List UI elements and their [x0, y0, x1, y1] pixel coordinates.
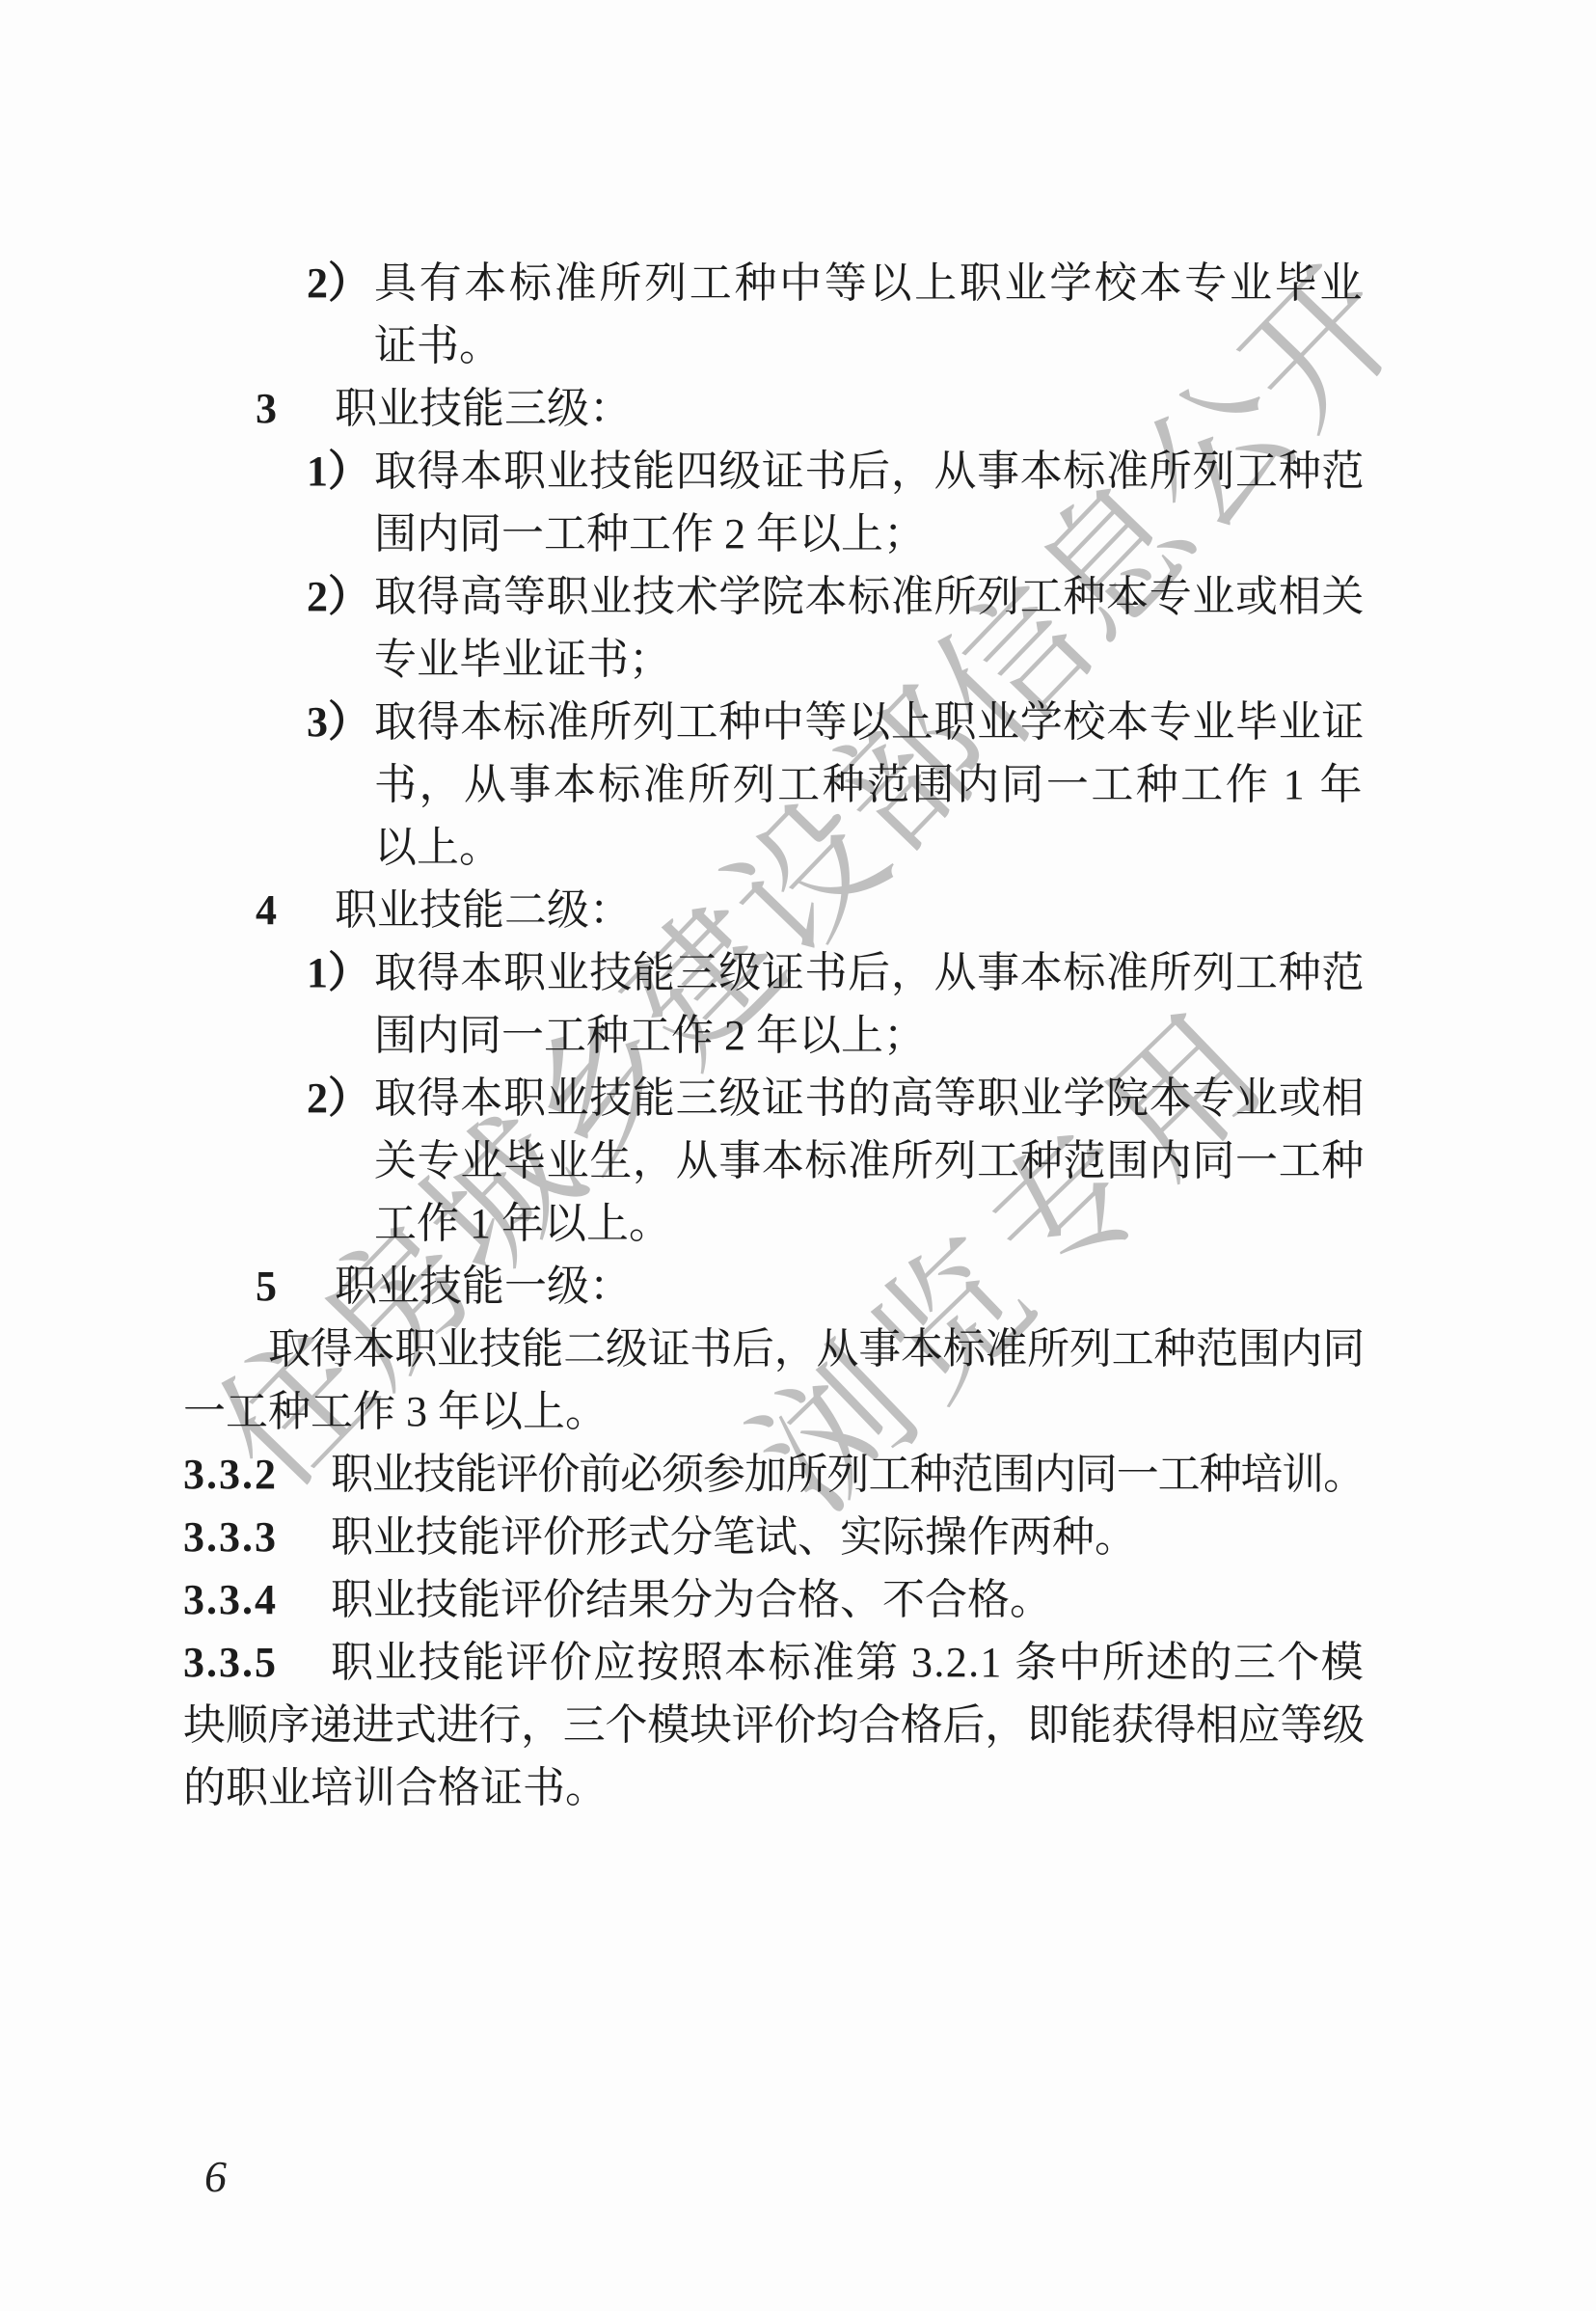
text-line: 书，从事本标准所列工种范围内同一工种工作 1 年 — [374, 753, 1365, 816]
text-line: 的职业培训合格证书。 — [183, 1756, 608, 1819]
text-line: 块顺序递进式进行，三个模块评价均合格后，即能获得相应等级 — [183, 1694, 1365, 1756]
document-page: 住房城乡建设部信息公开 浏览专用 2）具有本标准所列工种中等以上职业学校本专业毕… — [0, 0, 1596, 2311]
text-block: 2）具有本标准所列工种中等以上职业学校本专业毕业证书。3职业技能三级：1）取得本… — [0, 0, 1596, 2311]
line-text: 关专业毕业生，从事本标准所列工种范围内同一工种 — [374, 1137, 1365, 1184]
line-number: 3.3.4 — [183, 1568, 331, 1631]
text-line: 3.3.3职业技能评价形式分笔试、实际操作两种。 — [183, 1506, 1137, 1568]
line-text: 一工种工作 3 年以上。 — [183, 1388, 608, 1435]
line-text: 职业技能评价结果分为合格、不合格。 — [331, 1576, 1052, 1623]
line-number: 1） — [307, 949, 370, 996]
text-line: 工作 1 年以上。 — [374, 1192, 671, 1255]
line-text: 职业技能评价形式分笔试、实际操作两种。 — [331, 1513, 1137, 1561]
text-line: 围内同一工种工作 2 年以上； — [374, 1004, 926, 1067]
line-text: 书，从事本标准所列工种范围内同一工种工作 1 年 — [374, 761, 1365, 808]
text-line: 关专业毕业生，从事本标准所列工种范围内同一工种 — [374, 1129, 1365, 1192]
text-line: 专业毕业证书； — [374, 628, 671, 691]
text-line: 5职业技能一级： — [256, 1255, 632, 1318]
line-text: 取得本职业技能三级证书的高等职业学院本专业或相 — [374, 1074, 1365, 1122]
text-line: 2）具有本标准所列工种中等以上职业学校本专业毕业 — [307, 252, 1365, 314]
text-line: 2）取得本职业技能三级证书的高等职业学院本专业或相 — [307, 1067, 1365, 1129]
line-text: 取得本职业技能四级证书后，从事本标准所列工种范 — [374, 448, 1365, 495]
line-number: 3.3.2 — [183, 1443, 331, 1506]
line-text: 具有本标准所列工种中等以上职业学校本专业毕业 — [374, 259, 1365, 307]
line-number: 2） — [307, 1074, 370, 1122]
line-number: 3） — [307, 698, 370, 746]
text-line: 3.3.2职业技能评价前必须参加所列工种范围内同一工种培训。 — [183, 1443, 1365, 1506]
line-number: 2） — [307, 259, 370, 307]
line-number: 2） — [307, 573, 370, 620]
line-text: 职业技能评价应按照本标准第 3.2.1 条中所述的三个模 — [331, 1639, 1365, 1686]
line-number: 3.3.3 — [183, 1506, 331, 1568]
line-text: 工作 1 年以上。 — [374, 1200, 671, 1247]
page-number: 6 — [204, 2153, 227, 2201]
line-text: 以上。 — [374, 824, 501, 871]
line-number: 3.3.5 — [183, 1631, 331, 1694]
line-number: 4 — [256, 886, 277, 934]
line-number: 5 — [256, 1263, 277, 1310]
text-line: 1）取得本职业技能三级证书后，从事本标准所列工种范 — [307, 941, 1365, 1004]
text-line: 1）取得本职业技能四级证书后，从事本标准所列工种范 — [307, 440, 1365, 503]
line-text: 取得本职业技能三级证书后，从事本标准所列工种范 — [374, 949, 1365, 996]
text-line: 以上。 — [374, 816, 501, 879]
line-number: 1） — [307, 448, 370, 495]
line-text: 围内同一工种工作 2 年以上； — [374, 510, 926, 557]
line-text: 块顺序递进式进行，三个模块评价均合格后，即能获得相应等级 — [183, 1701, 1365, 1749]
line-text: 围内同一工种工作 2 年以上； — [374, 1012, 926, 1059]
text-line: 3.3.5职业技能评价应按照本标准第 3.2.1 条中所述的三个模 — [183, 1631, 1365, 1694]
line-text: 职业技能三级： — [335, 385, 632, 432]
line-text: 的职业培训合格证书。 — [183, 1764, 608, 1811]
text-line: 一工种工作 3 年以上。 — [183, 1380, 608, 1443]
text-line: 3）取得本标准所列工种中等以上职业学校本专业毕业证 — [307, 691, 1365, 753]
line-number: 3 — [256, 385, 277, 432]
line-text: 证书。 — [374, 322, 501, 369]
line-text: 职业技能二级： — [335, 886, 632, 934]
line-text: 专业毕业证书； — [374, 636, 671, 683]
text-line: 取得本职业技能二级证书后，从事本标准所列工种范围内同 — [268, 1318, 1365, 1380]
text-line: 3职业技能三级： — [256, 377, 632, 440]
text-line: 3.3.4职业技能评价结果分为合格、不合格。 — [183, 1568, 1052, 1631]
line-text: 取得高等职业技术学院本标准所列工种本专业或相关 — [374, 573, 1365, 620]
text-line: 围内同一工种工作 2 年以上； — [374, 503, 926, 565]
line-text: 取得本标准所列工种中等以上职业学校本专业毕业证 — [374, 698, 1365, 746]
text-line: 证书。 — [374, 314, 501, 377]
text-line: 2）取得高等职业技术学院本标准所列工种本专业或相关 — [307, 565, 1365, 628]
line-text: 取得本职业技能二级证书后，从事本标准所列工种范围内同 — [268, 1325, 1365, 1373]
line-text: 职业技能一级： — [335, 1263, 632, 1310]
text-line: 4职业技能二级： — [256, 879, 632, 941]
line-text: 职业技能评价前必须参加所列工种范围内同一工种培训。 — [331, 1451, 1365, 1498]
